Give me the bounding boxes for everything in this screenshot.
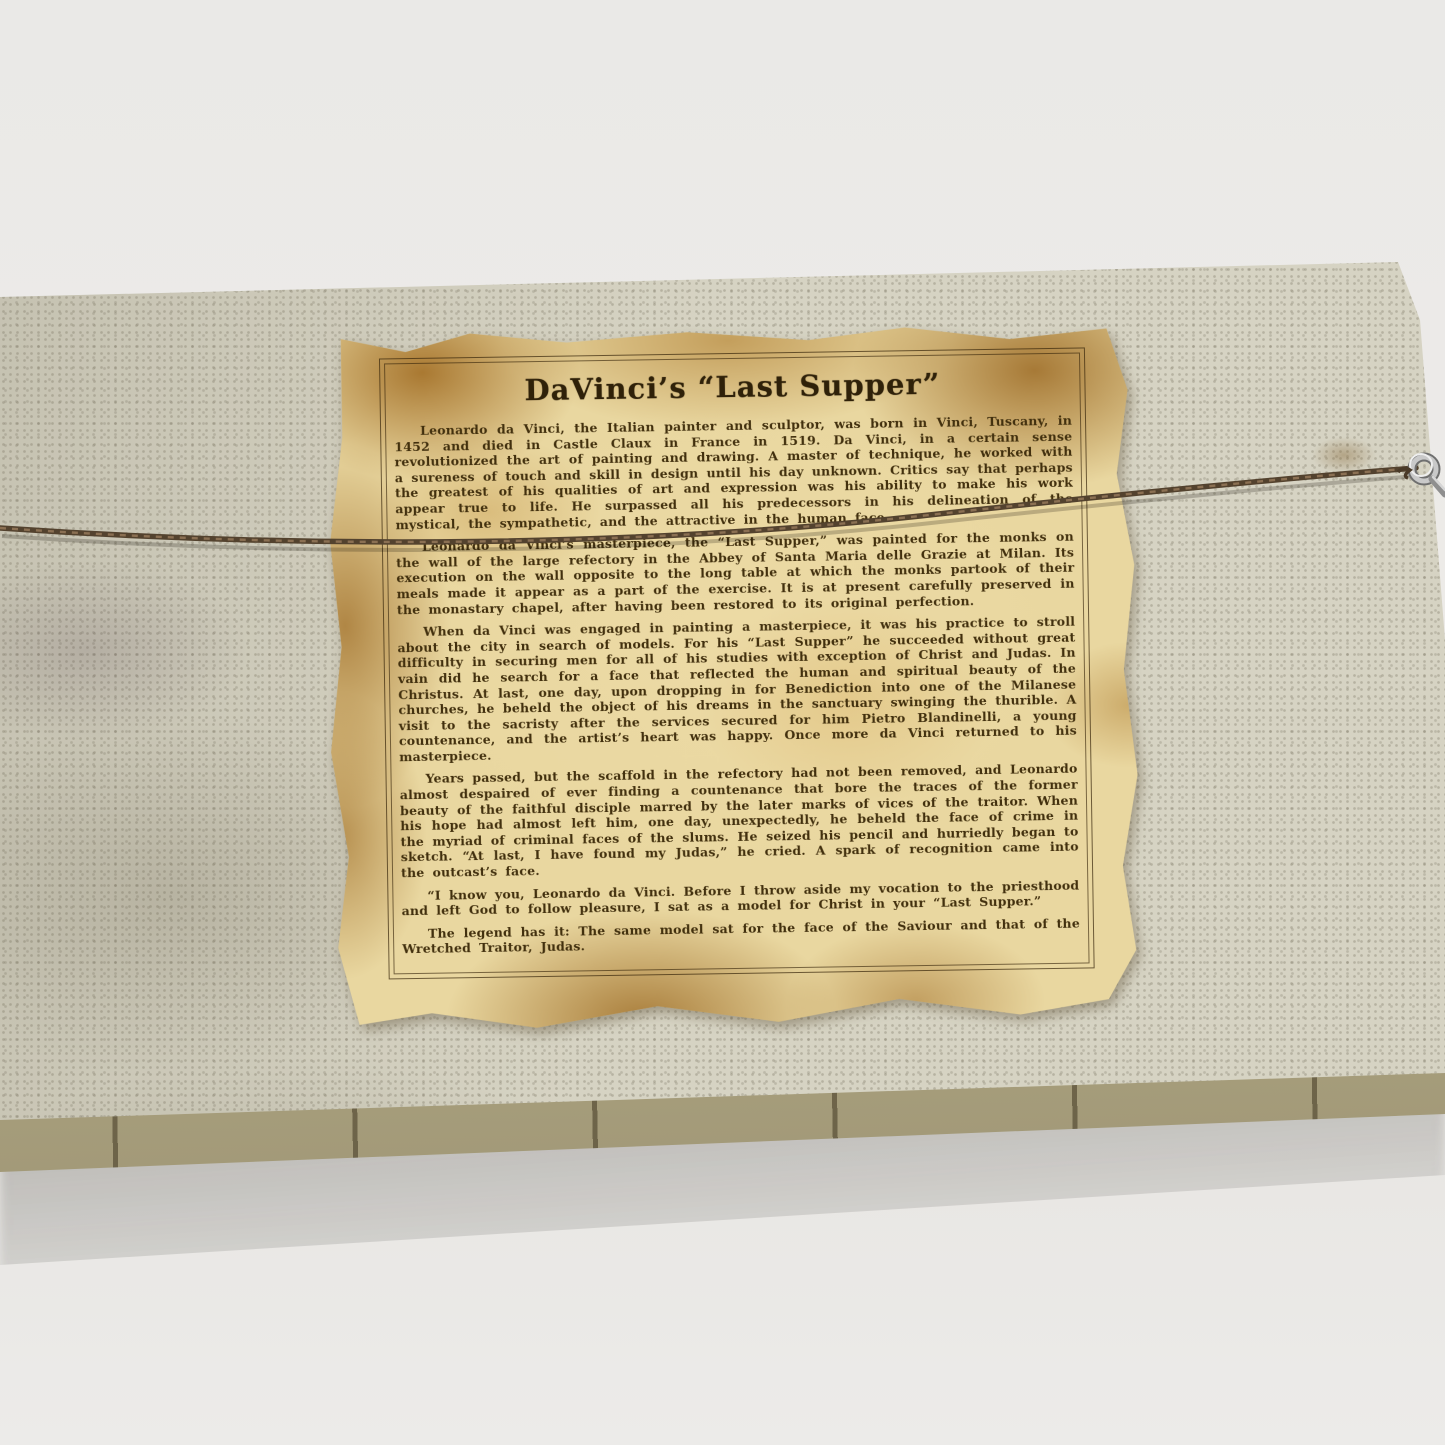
paper-label: DaVinci’s “Last Supper” Leonardo da Vinc… — [325, 320, 1142, 1033]
label-paragraph: “I know you, Leonardo da Vinci. Before I… — [401, 877, 1079, 919]
label-paragraph: Leonardo da Vinci’s masterpiece, the “La… — [396, 529, 1075, 618]
label-paragraph: Years passed, but the scaffold in the re… — [399, 761, 1079, 881]
label-body: Leonardo da Vinci, the Italian painter a… — [394, 413, 1080, 958]
label-paragraph: When da Vinci was engaged in painting a … — [397, 614, 1077, 765]
label-title: DaVinci’s “Last Supper” — [393, 365, 1071, 410]
photo-backdrop: DaVinci’s “Last Supper” Leonardo da Vinc… — [0, 0, 1445, 1445]
label-paragraph: The legend has it: The same model sat fo… — [402, 915, 1080, 957]
paper-label-stained-surface: DaVinci’s “Last Supper” Leonardo da Vinc… — [325, 320, 1142, 1033]
label-paragraph: Leonardo da Vinci, the Italian painter a… — [394, 413, 1074, 533]
